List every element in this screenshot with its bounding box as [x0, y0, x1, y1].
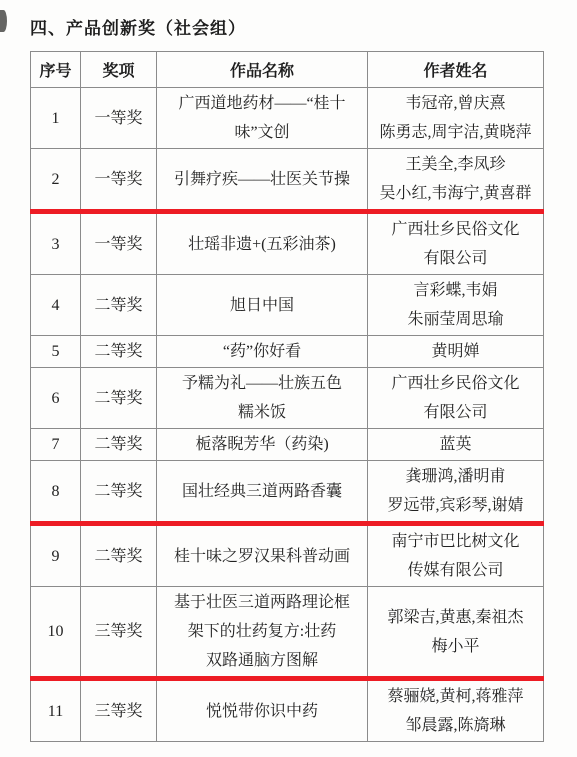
award-cell: 二等奖 [81, 461, 157, 524]
table-row: 5 二等奖 “药”你好看 黄明婵 [31, 336, 544, 368]
row-number-cell: 7 [31, 429, 81, 461]
table-body: 1 一等奖 广西道地药材——“桂十 味”文创 韦冠帝,曾庆熹 陈勇志,周宇洁,黄… [31, 88, 544, 742]
document-page: 四、产品创新奖（社会组） 序号 奖项 作品名称 作者姓名 1 一等奖 广西道地药… [0, 0, 577, 757]
award-cell: 二等奖 [81, 275, 157, 336]
header-作品名称: 作品名称 [157, 52, 368, 88]
work-title-cell: 栀落睨芳华（药染) [157, 429, 368, 461]
row-number-cell: 5 [31, 336, 81, 368]
work-title-cell: 予糯为礼——壮族五色 糯米饭 [157, 368, 368, 429]
scan-artifact [0, 10, 7, 32]
row-number-cell: 8 [31, 461, 81, 524]
authors-cell: 龚珊鸿,潘明甫 罗远带,宾彩琴,谢婧 [368, 461, 544, 524]
header-奖项: 奖项 [81, 52, 157, 88]
authors-cell: 韦冠帝,曾庆熹 陈勇志,周宇洁,黄晓萍 [368, 88, 544, 149]
award-cell: 一等奖 [81, 149, 157, 212]
table-row: 4 二等奖 旭日中国 言彩蝶,韦娟 朱丽莹周思瑜 [31, 275, 544, 336]
authors-cell: 郭梁吉,黄惠,秦祖杰 梅小平 [368, 587, 544, 679]
authors-cell: 王美全,李凤珍 吴小红,韦海宁,黄喜群 [368, 149, 544, 212]
work-title-cell: 引舞疗疾——壮医关节操 [157, 149, 368, 212]
work-title-cell: 悦悦带你识中药 [157, 679, 368, 742]
table-row: 10 三等奖 基于壮医三道两路理论框 架下的壮药复方:壮药 双路通脑方图解 郭梁… [31, 587, 544, 679]
award-cell: 一等奖 [81, 212, 157, 275]
award-cell: 二等奖 [81, 336, 157, 368]
authors-cell: 广西壮乡民俗文化 有限公司 [368, 368, 544, 429]
header-序号: 序号 [31, 52, 81, 88]
table-row: 7 二等奖 栀落睨芳华（药染) 蓝英 [31, 429, 544, 461]
work-title-cell: 桂十味之罗汉果科普动画 [157, 524, 368, 587]
header-作者姓名: 作者姓名 [368, 52, 544, 88]
row-number-cell: 3 [31, 212, 81, 275]
authors-cell: 言彩蝶,韦娟 朱丽莹周思瑜 [368, 275, 544, 336]
row-number-cell: 9 [31, 524, 81, 587]
row-number-cell: 4 [31, 275, 81, 336]
authors-cell: 蔡骊娆,黄柯,蒋雅萍 邹晨露,陈旖琳 [368, 679, 544, 742]
award-cell: 一等奖 [81, 88, 157, 149]
award-cell: 三等奖 [81, 679, 157, 742]
work-title-cell: 旭日中国 [157, 275, 368, 336]
table-row: 8 二等奖 国壮经典三道两路香囊 龚珊鸿,潘明甫 罗远带,宾彩琴,谢婧 [31, 461, 544, 524]
table-header-row: 序号 奖项 作品名称 作者姓名 [31, 52, 544, 88]
table-row: 3 一等奖 壮瑶非遗+(五彩油茶) 广西壮乡民俗文化 有限公司 [31, 212, 544, 275]
work-title-cell: 基于壮医三道两路理论框 架下的壮药复方:壮药 双路通脑方图解 [157, 587, 368, 679]
authors-cell: 黄明婵 [368, 336, 544, 368]
table-row: 11 三等奖 悦悦带你识中药 蔡骊娆,黄柯,蒋雅萍 邹晨露,陈旖琳 [31, 679, 544, 742]
table-row: 2 一等奖 引舞疗疾——壮医关节操 王美全,李凤珍 吴小红,韦海宁,黄喜群 [31, 149, 544, 212]
work-title-cell: 广西道地药材——“桂十 味”文创 [157, 88, 368, 149]
table-row: 6 二等奖 予糯为礼——壮族五色 糯米饭 广西壮乡民俗文化 有限公司 [31, 368, 544, 429]
table-row: 1 一等奖 广西道地药材——“桂十 味”文创 韦冠帝,曾庆熹 陈勇志,周宇洁,黄… [31, 88, 544, 149]
row-number-cell: 1 [31, 88, 81, 149]
authors-cell: 广西壮乡民俗文化 有限公司 [368, 212, 544, 275]
row-number-cell: 2 [31, 149, 81, 212]
award-cell: 二等奖 [81, 429, 157, 461]
row-number-cell: 11 [31, 679, 81, 742]
award-cell: 二等奖 [81, 368, 157, 429]
authors-cell: 蓝英 [368, 429, 544, 461]
row-number-cell: 10 [31, 587, 81, 679]
row-number-cell: 6 [31, 368, 81, 429]
work-title-cell: 壮瑶非遗+(五彩油茶) [157, 212, 368, 275]
authors-cell: 南宁市巴比树文化 传媒有限公司 [368, 524, 544, 587]
awards-table: 序号 奖项 作品名称 作者姓名 1 一等奖 广西道地药材——“桂十 味”文创 韦… [30, 51, 544, 742]
award-cell: 二等奖 [81, 524, 157, 587]
award-cell: 三等奖 [81, 587, 157, 679]
work-title-cell: “药”你好看 [157, 336, 368, 368]
table-row: 9 二等奖 桂十味之罗汉果科普动画 南宁市巴比树文化 传媒有限公司 [31, 524, 544, 587]
work-title-cell: 国壮经典三道两路香囊 [157, 461, 368, 524]
section-title: 四、产品创新奖（社会组） [30, 14, 577, 39]
